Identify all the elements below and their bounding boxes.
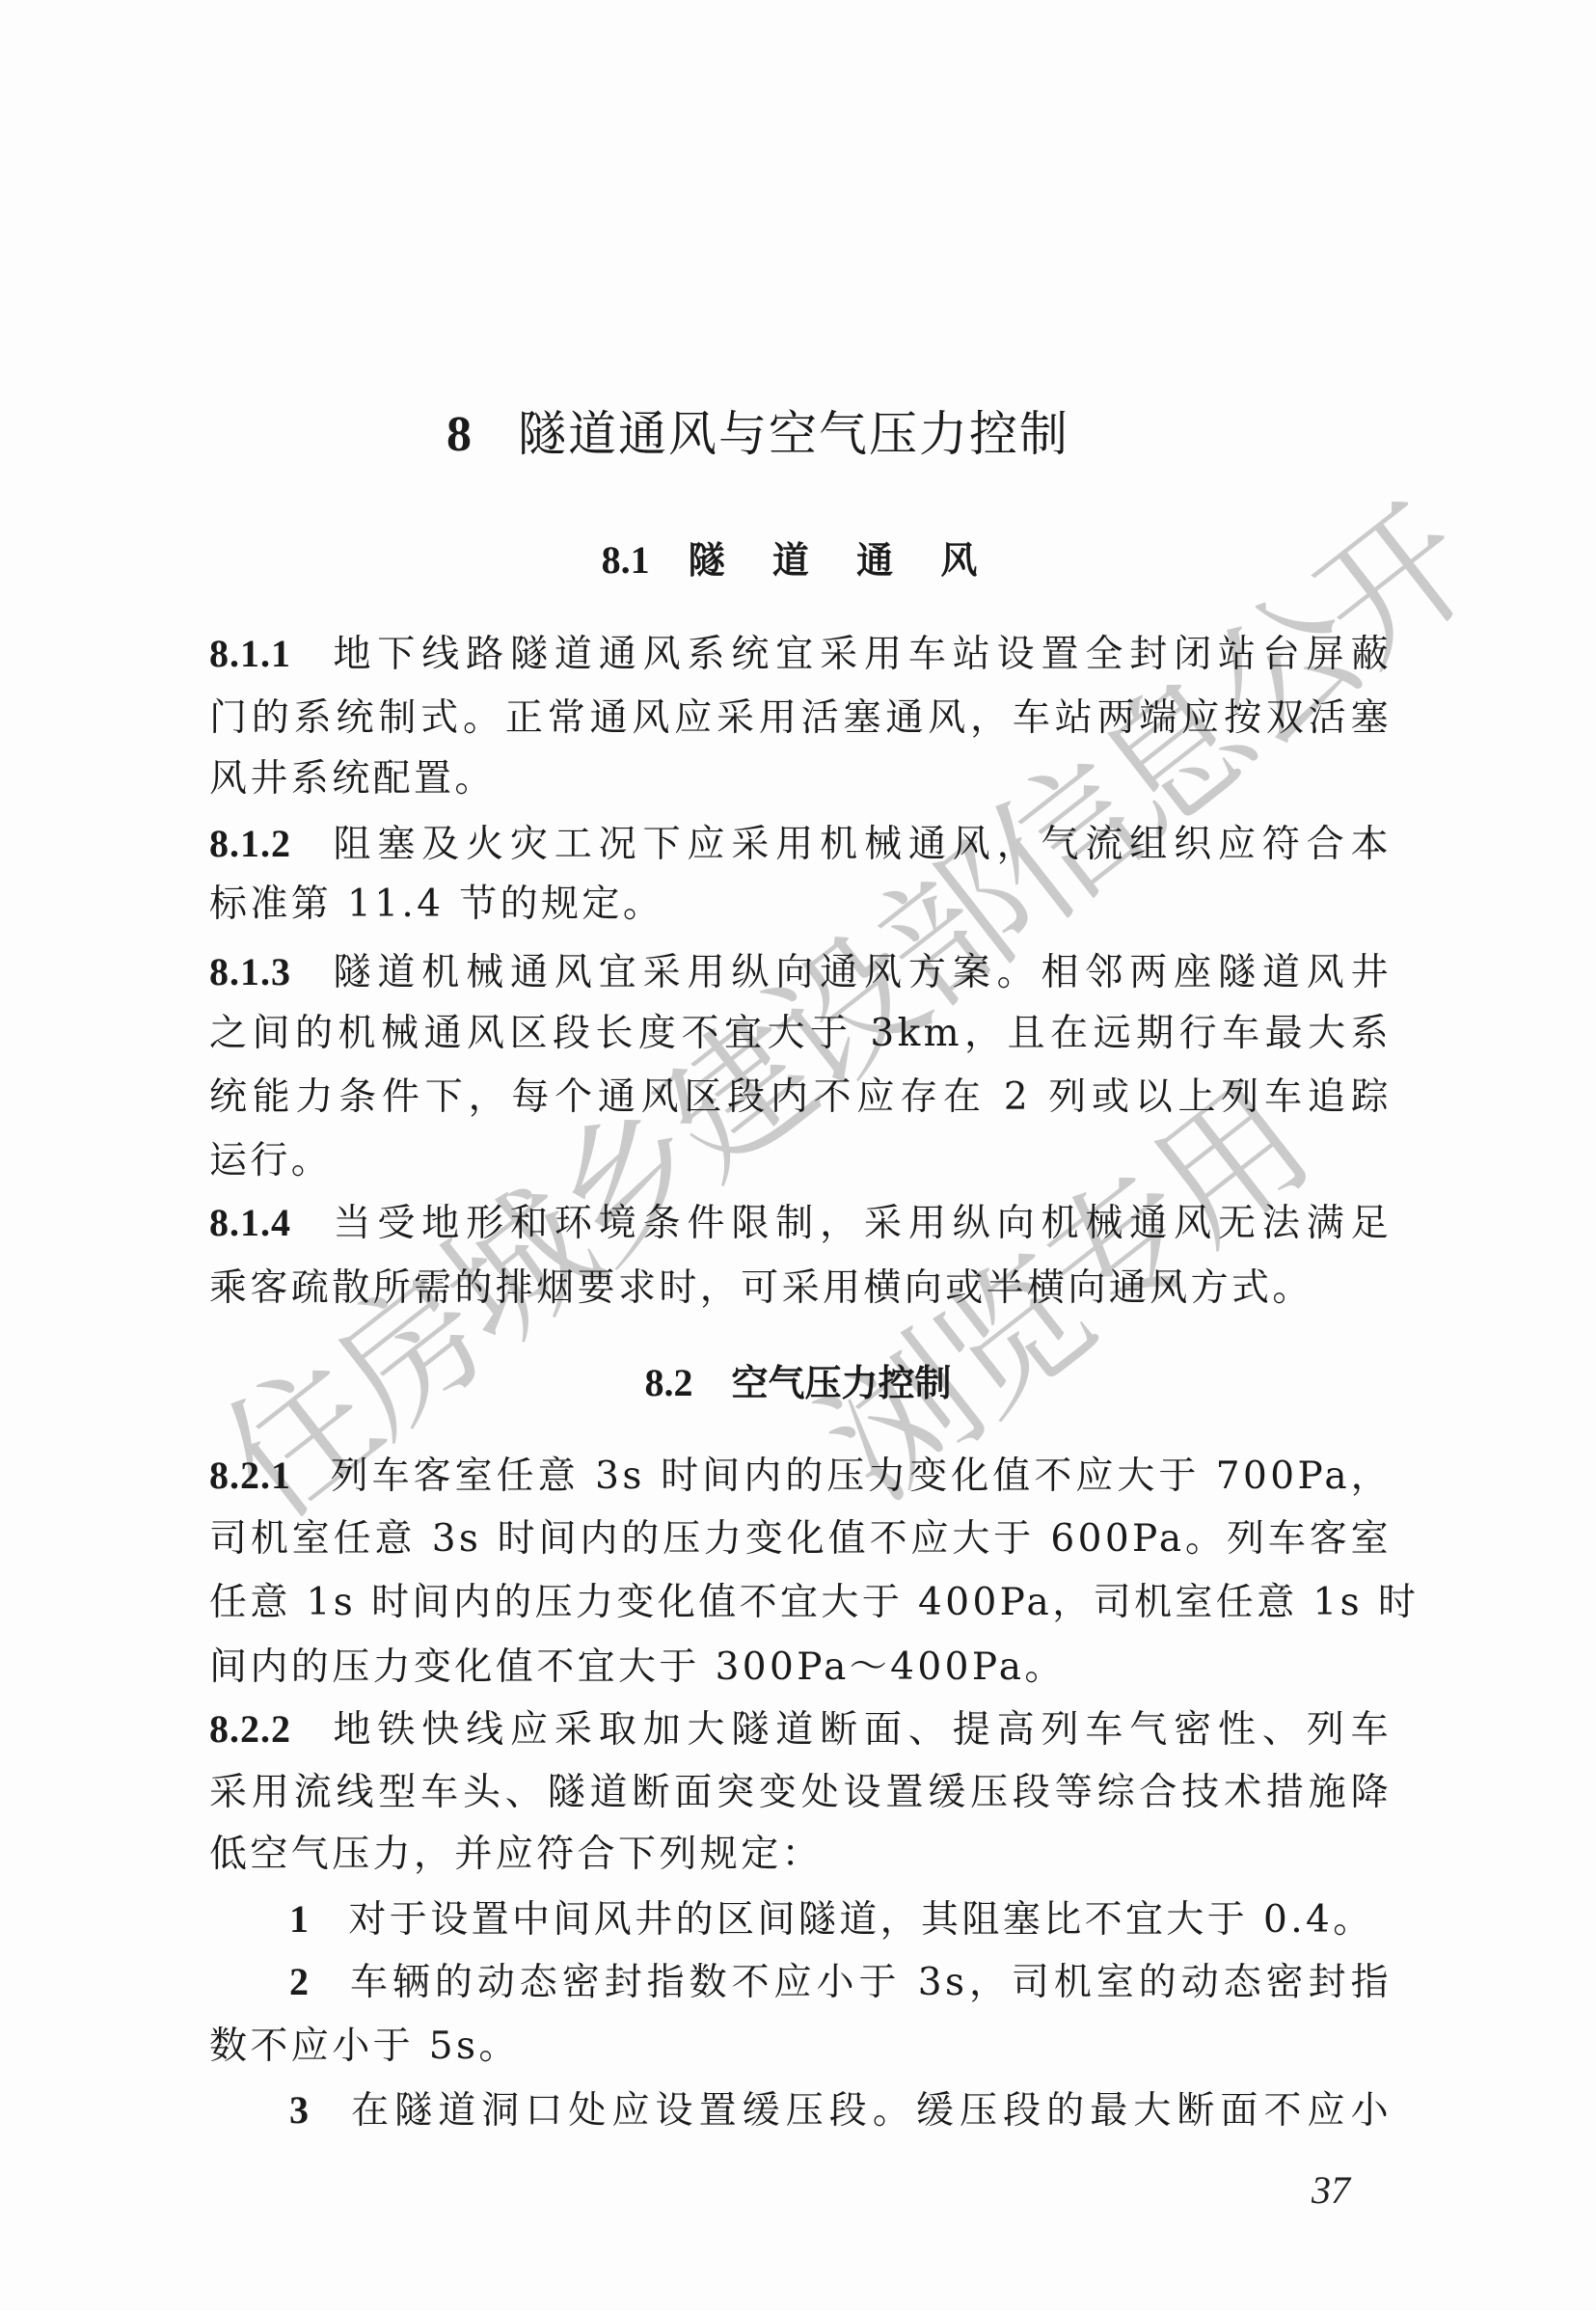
item-2-line-1: 2车辆的动态密封指数不应小于 3s，司机室的动态密封指 bbox=[289, 1958, 1392, 2006]
clause-text: 阻塞及火灾工况下应采用机械通风，气流组织应符合本 bbox=[330, 823, 1392, 866]
section-title-text: 隧 道 通 风 bbox=[689, 539, 995, 582]
clause-number: 8.1.1 bbox=[209, 632, 291, 675]
section-number: 8.1 bbox=[602, 538, 650, 582]
clause-8-2-2-line-2: 采用流线型车头、隧道断面突变处设置缓压段等综合技术措施降 bbox=[209, 1769, 1392, 1817]
clause-8-1-4-line-1: 8.1.4当受地形和环境条件限制，采用纵向机械通风无法满足 bbox=[209, 1199, 1392, 1247]
item-text: 对于设置中间风井的区间隧道，其阻塞比不宜大于 0.4。 bbox=[348, 1898, 1373, 1942]
section-title-text: 空气压力控制 bbox=[731, 1362, 951, 1404]
clause-8-1-3-line-4: 运行。 bbox=[209, 1137, 1392, 1185]
section-heading-8-1: 8.1隧 道 通 风 bbox=[0, 536, 1596, 585]
clause-number: 8.2.2 bbox=[209, 1707, 291, 1751]
chapter-title: 8隧道通风与空气压力控制 bbox=[446, 405, 1069, 463]
document-page: 住房城乡建设部信息公开 浏览专用 8隧道通风与空气压力控制 8.1隧 道 通 风… bbox=[0, 0, 1596, 2311]
clause-number: 8.2.1 bbox=[209, 1454, 291, 1497]
item-number: 2 bbox=[289, 1960, 311, 2003]
clause-number: 8.1.4 bbox=[209, 1201, 291, 1244]
item-number: 1 bbox=[289, 1897, 311, 1941]
item-1-line-1: 1对于设置中间风井的区间隧道，其阻塞比不宜大于 0.4。 bbox=[289, 1895, 1392, 1944]
clause-number: 8.1.2 bbox=[209, 822, 291, 865]
item-number: 3 bbox=[289, 2088, 311, 2132]
clause-8-1-2-line-1: 8.1.2阻塞及火灾工况下应采用机械通风，气流组织应符合本 bbox=[209, 820, 1392, 868]
clause-8-1-1-line-3: 风井系统配置。 bbox=[209, 755, 1392, 803]
clause-8-2-2-line-3: 低空气压力，并应符合下列规定： bbox=[209, 1831, 1392, 1879]
section-number: 8.2 bbox=[644, 1361, 692, 1404]
clause-8-1-4-line-2: 乘客疏散所需的排烟要求时，可采用横向或半横向通风方式。 bbox=[209, 1264, 1392, 1313]
clause-8-1-3-line-2: 之间的机械通风区段长度不宜大于 3km，且在远期行车最大系 bbox=[209, 1010, 1392, 1058]
chapter-number: 8 bbox=[446, 407, 473, 462]
clause-8-2-1-line-4: 间内的压力变化值不宜大于 300Pa～400Pa。 bbox=[209, 1644, 1392, 1692]
clause-8-2-1-line-3: 任意 1s 时间内的压力变化值不宜大于 400Pa，司机室任意 1s 时 bbox=[209, 1579, 1392, 1627]
clause-text: 当受地形和环境条件限制，采用纵向机械通风无法满足 bbox=[330, 1202, 1392, 1245]
clause-8-2-2-line-1: 8.2.2地铁快线应采取加大隧道断面、提高列车气密性、列车 bbox=[209, 1705, 1392, 1754]
clause-8-1-2-line-2: 标准第 11.4 节的规定。 bbox=[209, 881, 1392, 929]
clause-text: 隧道机械通风宜采用纵向通风方案。相邻两座隧道风井 bbox=[330, 951, 1392, 994]
clause-number: 8.1.3 bbox=[209, 950, 291, 993]
item-text: 车辆的动态密封指数不应小于 3s，司机室的动态密封指 bbox=[348, 1961, 1392, 2004]
clause-8-2-1-line-1: 8.2.1列车客室任意 3s 时间内的压力变化值不应大于 700Pa， bbox=[209, 1452, 1392, 1500]
item-text: 在隧道洞口处应设置缓压段。缓压段的最大断面不应小 bbox=[348, 2089, 1392, 2133]
clause-8-1-3-line-1: 8.1.3隧道机械通风宜采用纵向通风方案。相邻两座隧道风井 bbox=[209, 948, 1392, 996]
item-3-line-1: 3在隧道洞口处应设置缓压段。缓压段的最大断面不应小 bbox=[289, 2086, 1392, 2134]
clause-text: 地下线路隧道通风系统宜采用车站设置全封闭站台屏蔽 bbox=[330, 633, 1392, 676]
clause-8-2-1-line-2: 司机室任意 3s 时间内的压力变化值不应大于 600Pa。列车客室 bbox=[209, 1515, 1392, 1563]
chapter-title-text: 隧道通风与空气压力控制 bbox=[518, 406, 1069, 462]
clause-8-1-1-line-1: 8.1.1地下线路隧道通风系统宜采用车站设置全封闭站台屏蔽 bbox=[209, 630, 1392, 678]
section-heading-8-2: 8.2空气压力控制 bbox=[0, 1359, 1596, 1407]
clause-8-1-3-line-3: 统能力条件下，每个通风区段内不应存在 2 列或以上列车追踪 bbox=[209, 1074, 1392, 1122]
clause-8-1-1-line-2: 门的系统制式。正常通风应采用活塞通风，车站两端应按双活塞 bbox=[209, 694, 1392, 743]
page-number: 37 bbox=[1312, 2167, 1350, 2213]
item-2-line-2: 数不应小于 5s。 bbox=[209, 2023, 1392, 2071]
clause-text: 地铁快线应采取加大隧道断面、提高列车气密性、列车 bbox=[330, 1708, 1392, 1752]
clause-text: 列车客室任意 3s 时间内的压力变化值不应大于 700Pa， bbox=[330, 1455, 1392, 1498]
